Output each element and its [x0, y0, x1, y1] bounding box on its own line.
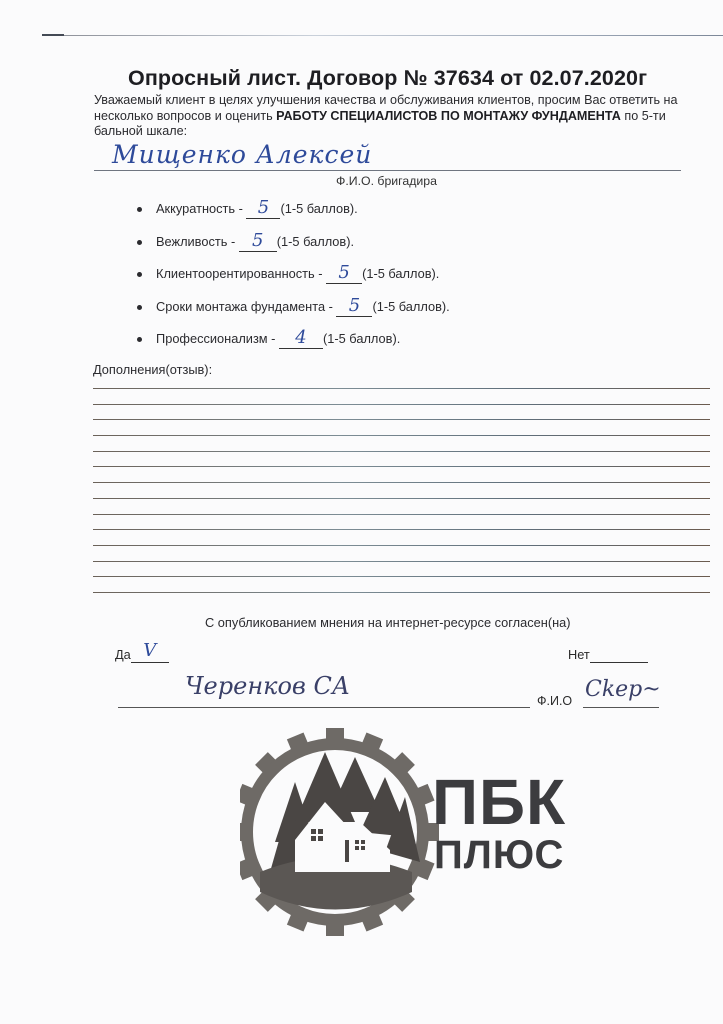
yes-mark-field[interactable]: V	[131, 647, 169, 663]
rating-label: Сроки монтажа фундамента -	[156, 299, 336, 314]
brigadier-name-underline	[94, 170, 681, 171]
additions-label: Дополнения(отзыв):	[93, 362, 212, 377]
rating-scale: (1-5 баллов).	[277, 234, 354, 249]
signature-underline	[583, 707, 659, 708]
yes-mark: V	[131, 640, 169, 661]
rating-label: Клиентоорентированность -	[156, 266, 326, 281]
rating-item-politeness: Вежливость - 5 (1-5 баллов).	[134, 233, 450, 266]
signature-field[interactable]: Ckep~	[585, 677, 661, 702]
rating-item-accuracy: Аккуратность - 5 (1-5 баллов).	[134, 200, 450, 233]
rating-item-professionalism: Профессионализм - 4 (1-5 баллов).	[134, 330, 450, 363]
rating-item-installation-time: Сроки монтажа фундамента - 5 (1-5 баллов…	[134, 298, 450, 331]
ratings-list: Аккуратность - 5 (1-5 баллов). Вежливост…	[134, 200, 450, 363]
rating-item-client-orientation: Клиентоорентированность - 5 (1-5 баллов)…	[134, 265, 450, 298]
rating-scale: (1-5 баллов).	[280, 201, 357, 216]
rating-value-field[interactable]: 5	[239, 233, 277, 252]
additions-text-area[interactable]	[93, 388, 710, 608]
consent-text: С опубликованием мнения на интернет-ресу…	[205, 615, 571, 630]
fio-label: Ф.И.О	[537, 694, 572, 708]
consent-yes: ДаV	[115, 647, 169, 663]
brand-name-line1: ПБК	[432, 770, 566, 834]
client-name-field[interactable]: Черенков СА	[185, 672, 350, 700]
consent-no: Нет	[568, 647, 648, 663]
brand-name-line2: ПЛЮС	[434, 835, 564, 875]
rating-value-field[interactable]: 4	[279, 330, 323, 349]
yes-label: Да	[115, 647, 131, 662]
rating-scale: (1-5 баллов).	[372, 299, 449, 314]
rating-value: 4	[279, 329, 323, 347]
no-label: Нет	[568, 647, 590, 662]
rating-label: Аккуратность -	[156, 201, 246, 216]
page-title: Опросный лист. Договор № 37634 от 02.07.…	[128, 66, 647, 91]
rating-value: 5	[336, 297, 372, 315]
rating-scale: (1-5 баллов).	[323, 331, 400, 346]
scan-top-line	[42, 35, 723, 36]
intro-text: Уважаемый клиент в целях улучшения качес…	[94, 93, 694, 140]
rating-value-field[interactable]: 5	[336, 298, 372, 317]
rating-value: 5	[239, 232, 277, 250]
rating-value-field[interactable]: 5	[246, 200, 280, 219]
intro-bold: РАБОТУ СПЕЦИАЛИСТОВ ПО МОНТАЖУ ФУНДАМЕНТ…	[276, 109, 621, 123]
client-name-underline	[118, 707, 530, 708]
rating-value: 5	[246, 199, 280, 217]
brigadier-name-field[interactable]: Мищенко Алексей	[112, 140, 372, 169]
rating-scale: (1-5 баллов).	[362, 266, 439, 281]
no-mark-field[interactable]	[590, 647, 648, 663]
brigadier-label: Ф.И.О. бригадира	[336, 174, 437, 188]
rating-value: 5	[326, 264, 362, 282]
rating-value-field[interactable]: 5	[326, 265, 362, 284]
rating-label: Профессионализм -	[156, 331, 279, 346]
rating-label: Вежливость -	[156, 234, 239, 249]
